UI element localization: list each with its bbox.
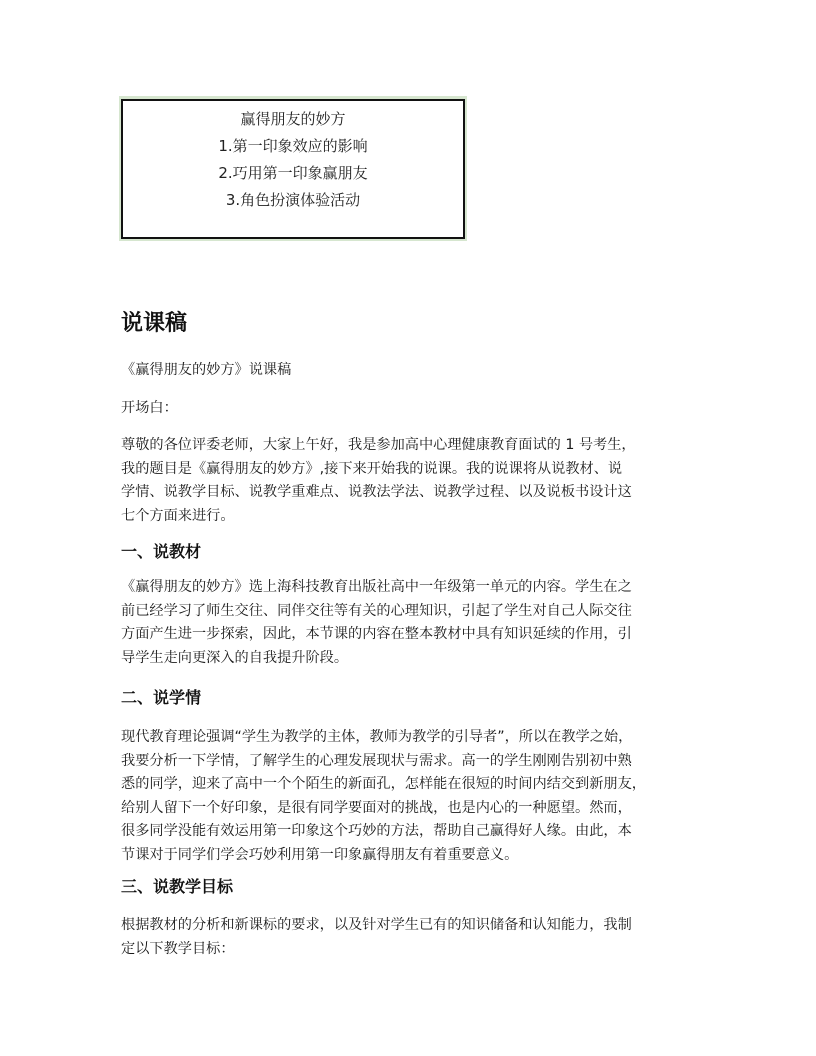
- outline-item-1: 1.第一印象效应的影响: [123, 133, 463, 160]
- outline-textbox-frame: 赢得朋友的妙方 1.第一印象效应的影响 2.巧用第一印象赢朋友 3.角色扮演体验…: [119, 96, 467, 241]
- outline-textbox: 赢得朋友的妙方 1.第一印象效应的影响 2.巧用第一印象赢朋友 3.角色扮演体验…: [121, 99, 465, 239]
- document-page: 赢得朋友的妙方 1.第一印象效应的影响 2.巧用第一印象赢朋友 3.角色扮演体验…: [0, 0, 816, 1056]
- paragraph-line: 导学生走向更深入的自我提升阶段。: [121, 647, 701, 671]
- paragraph-line: 方面产生进一步探索，因此，本节课的内容在整本教材中具有知识延续的作用，引: [121, 623, 701, 647]
- paragraph-line: 节课对于同学们学会巧妙利用第一印象赢得朋友有着重要意义。: [121, 844, 701, 868]
- paragraph-line: 很多同学没能有效运用第一印象这个巧妙的方法，帮助自己赢得好人缘。由此，本: [121, 820, 701, 844]
- section-heading-objectives: 三、说教学目标: [121, 874, 233, 897]
- outline-item-3: 3.角色扮演体验活动: [123, 187, 463, 214]
- paragraph-line: 根据教材的分析和新课标的要求，以及针对学生已有的知识储备和认知能力，我制: [121, 914, 701, 938]
- paragraph-line: 尊敬的各位评委老师，大家上午好，我是参加高中心理健康教育面试的 1 号考生，: [121, 434, 701, 458]
- paragraph-line: 前已经学习了师生交往、同伴交往等有关的心理知识，引起了学生对自己人际交往: [121, 600, 701, 624]
- opening-paragraph: 尊敬的各位评委老师，大家上午好，我是参加高中心理健康教育面试的 1 号考生， 我…: [121, 434, 701, 528]
- section-heading-students: 二、说学情: [121, 685, 201, 708]
- opening-label: 开场白：: [121, 397, 701, 421]
- outline-item-2: 2.巧用第一印象赢朋友: [123, 160, 463, 187]
- paragraph-line: 七个方面来进行。: [121, 505, 701, 529]
- paragraph-line: 我的题目是《赢得朋友的妙方》,接下来开始我的说课。我的说课将从说教材、说: [121, 458, 701, 482]
- paragraph-line: 悉的同学，迎来了高中一个个陌生的新面孔，怎样能在很短的时间内结交到新朋友，: [121, 773, 701, 797]
- document-subtitle: 《赢得朋友的妙方》说课稿: [121, 359, 701, 383]
- paragraph-line: 我要分析一下学情，了解学生的心理发展现状与需求。高一的学生刚刚告别初中熟: [121, 750, 701, 774]
- section-paragraph-textbook: 《赢得朋友的妙方》选上海科技教育出版社高中一年级第一单元的内容。学生在之 前已经…: [121, 576, 701, 670]
- page-title: 说课稿: [121, 306, 187, 337]
- outline-title: 赢得朋友的妙方: [123, 106, 463, 133]
- paragraph-line: 学情、说教学目标、说教学重难点、说教法学法、说教学过程、以及说板书设计这: [121, 481, 701, 505]
- paragraph-line: 给别人留下一个好印象，是很有同学要面对的挑战，也是内心的一种愿望。然而，: [121, 797, 701, 821]
- section-heading-textbook: 一、说教材: [121, 539, 201, 562]
- paragraph-line: 定以下教学目标：: [121, 938, 701, 962]
- section-paragraph-students: 现代教育理论强调“学生为教学的主体，教师为教学的引导者”，所以在教学之始， 我要…: [121, 726, 701, 868]
- paragraph-line: 《赢得朋友的妙方》选上海科技教育出版社高中一年级第一单元的内容。学生在之: [121, 576, 701, 600]
- section-paragraph-objectives: 根据教材的分析和新课标的要求，以及针对学生已有的知识储备和认知能力，我制 定以下…: [121, 914, 701, 961]
- paragraph-line: 现代教育理论强调“学生为教学的主体，教师为教学的引导者”，所以在教学之始，: [121, 726, 701, 750]
